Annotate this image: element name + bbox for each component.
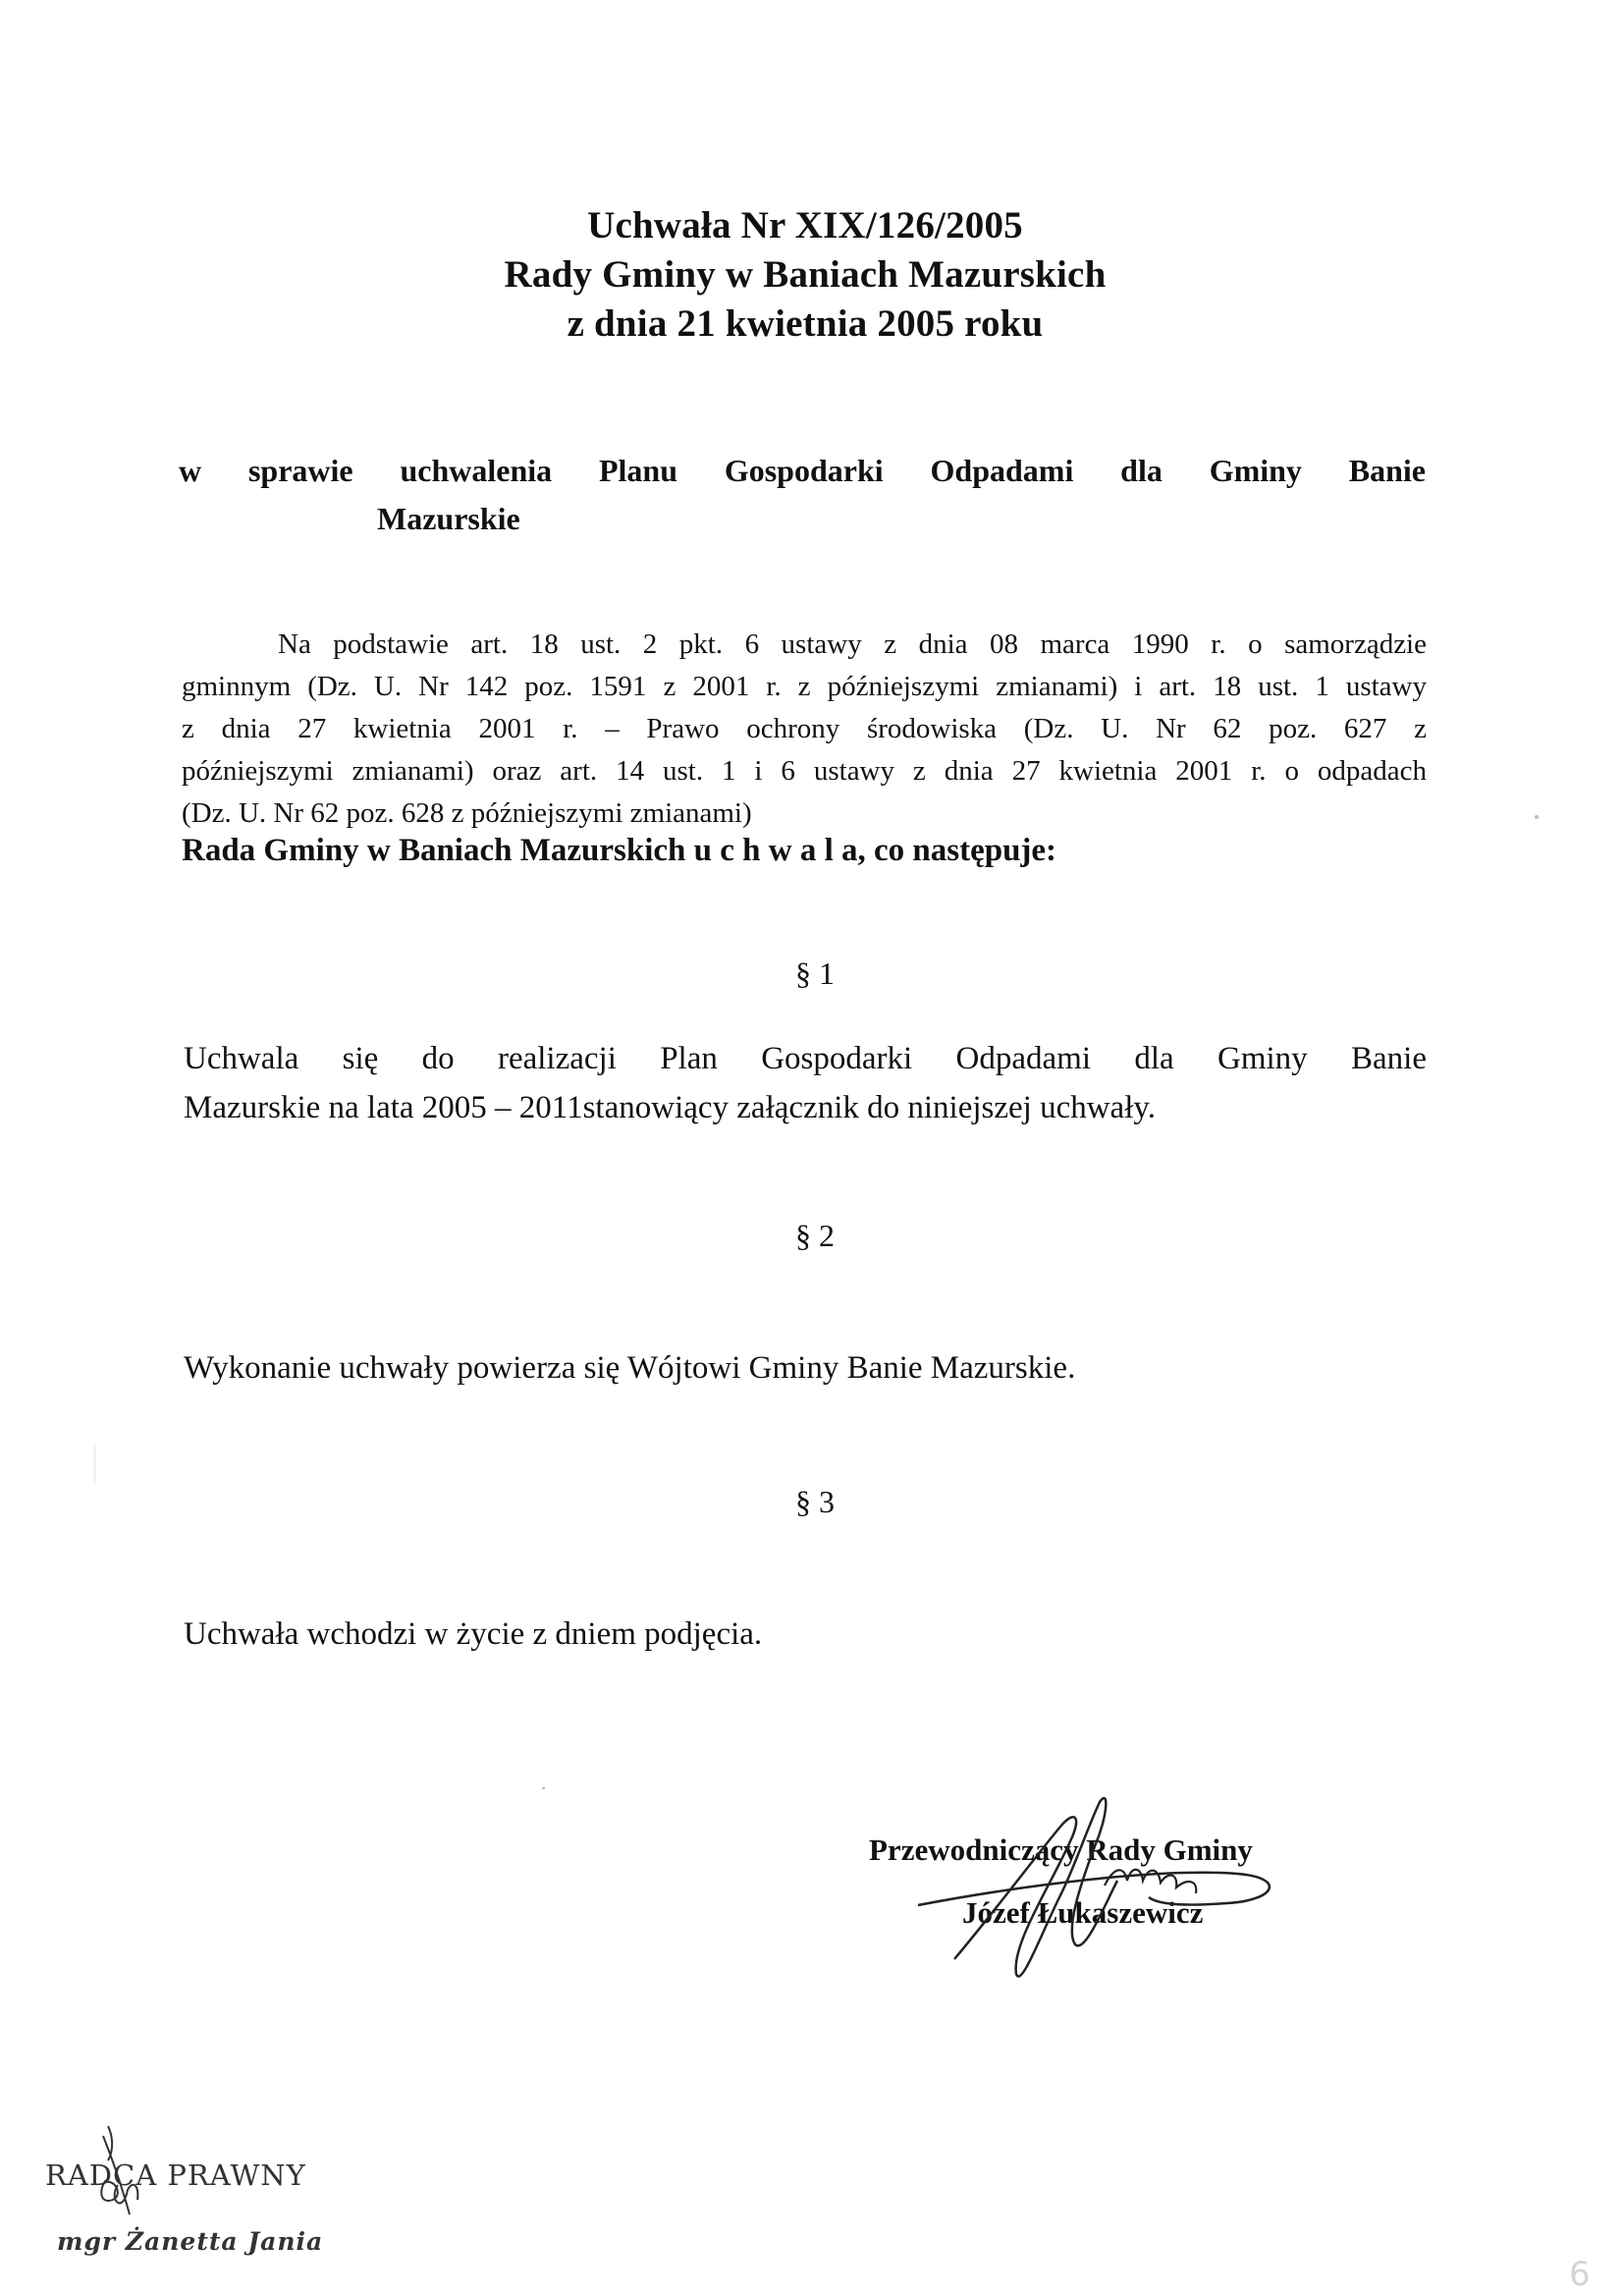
signatory-name: Józef Łukaszewicz (962, 1895, 1203, 1931)
resolution-date: z dnia 21 kwietnia 2005 roku (0, 301, 1610, 346)
resolves-statement: Rada Gminy w Baniach Mazurskich u c h w … (182, 833, 1056, 869)
section-1-text-line: Uchwala się do realizacji Plan Gospodark… (184, 1041, 1427, 1077)
section-1-text-line: Mazurskie na lata 2005 – 2011stanowiący … (184, 1090, 1427, 1126)
legal-advisor-stamp-name: mgr Żanetta Jania (57, 2227, 323, 2256)
document-page: Uchwała Nr XIX/126/2005 Rady Gminy w Ban… (0, 0, 1623, 2296)
section-3-text: Uchwała wchodzi w życie z dniem podjęcia… (184, 1616, 1427, 1653)
legal-basis-line: późniejszymi zmianami) oraz art. 14 ust.… (182, 755, 1427, 788)
subject-line-1: w sprawie uchwalenia Planu Gospodarki Od… (179, 453, 1426, 489)
legal-basis-line: (Dz. U. Nr 62 poz. 628 z późniejszymi zm… (182, 797, 1427, 830)
page-number: 6 (1569, 2255, 1591, 2294)
signatory-title: Przewodniczący Rady Gminy (869, 1832, 1253, 1868)
chairman-signature-icon (864, 1787, 1414, 1994)
scan-speck (1535, 815, 1539, 819)
legal-advisor-stamp-title: RADCA PRAWNY (45, 2159, 306, 2192)
section-2-text: Wykonanie uchwały powierza się Wójtowi G… (184, 1350, 1427, 1387)
scan-mark (94, 1444, 95, 1483)
legal-basis-line: gminnym (Dz. U. Nr 142 poz. 1591 z 2001 … (182, 671, 1427, 703)
subject-line-2: Mazurskie (377, 501, 520, 537)
section-3-mark: § 3 (0, 1484, 1623, 1520)
legal-basis-line: z dnia 27 kwietnia 2001 r. – Prawo ochro… (182, 713, 1427, 745)
legal-basis-line: Na podstawie art. 18 ust. 2 pkt. 6 ustaw… (278, 629, 1427, 661)
resolution-number: Uchwała Nr XIX/126/2005 (0, 203, 1610, 247)
section-2-mark: § 2 (0, 1218, 1623, 1254)
scan-speck (542, 1787, 545, 1789)
council-name: Rady Gminy w Baniach Mazurskich (0, 252, 1610, 297)
section-1-mark: § 1 (0, 956, 1623, 992)
